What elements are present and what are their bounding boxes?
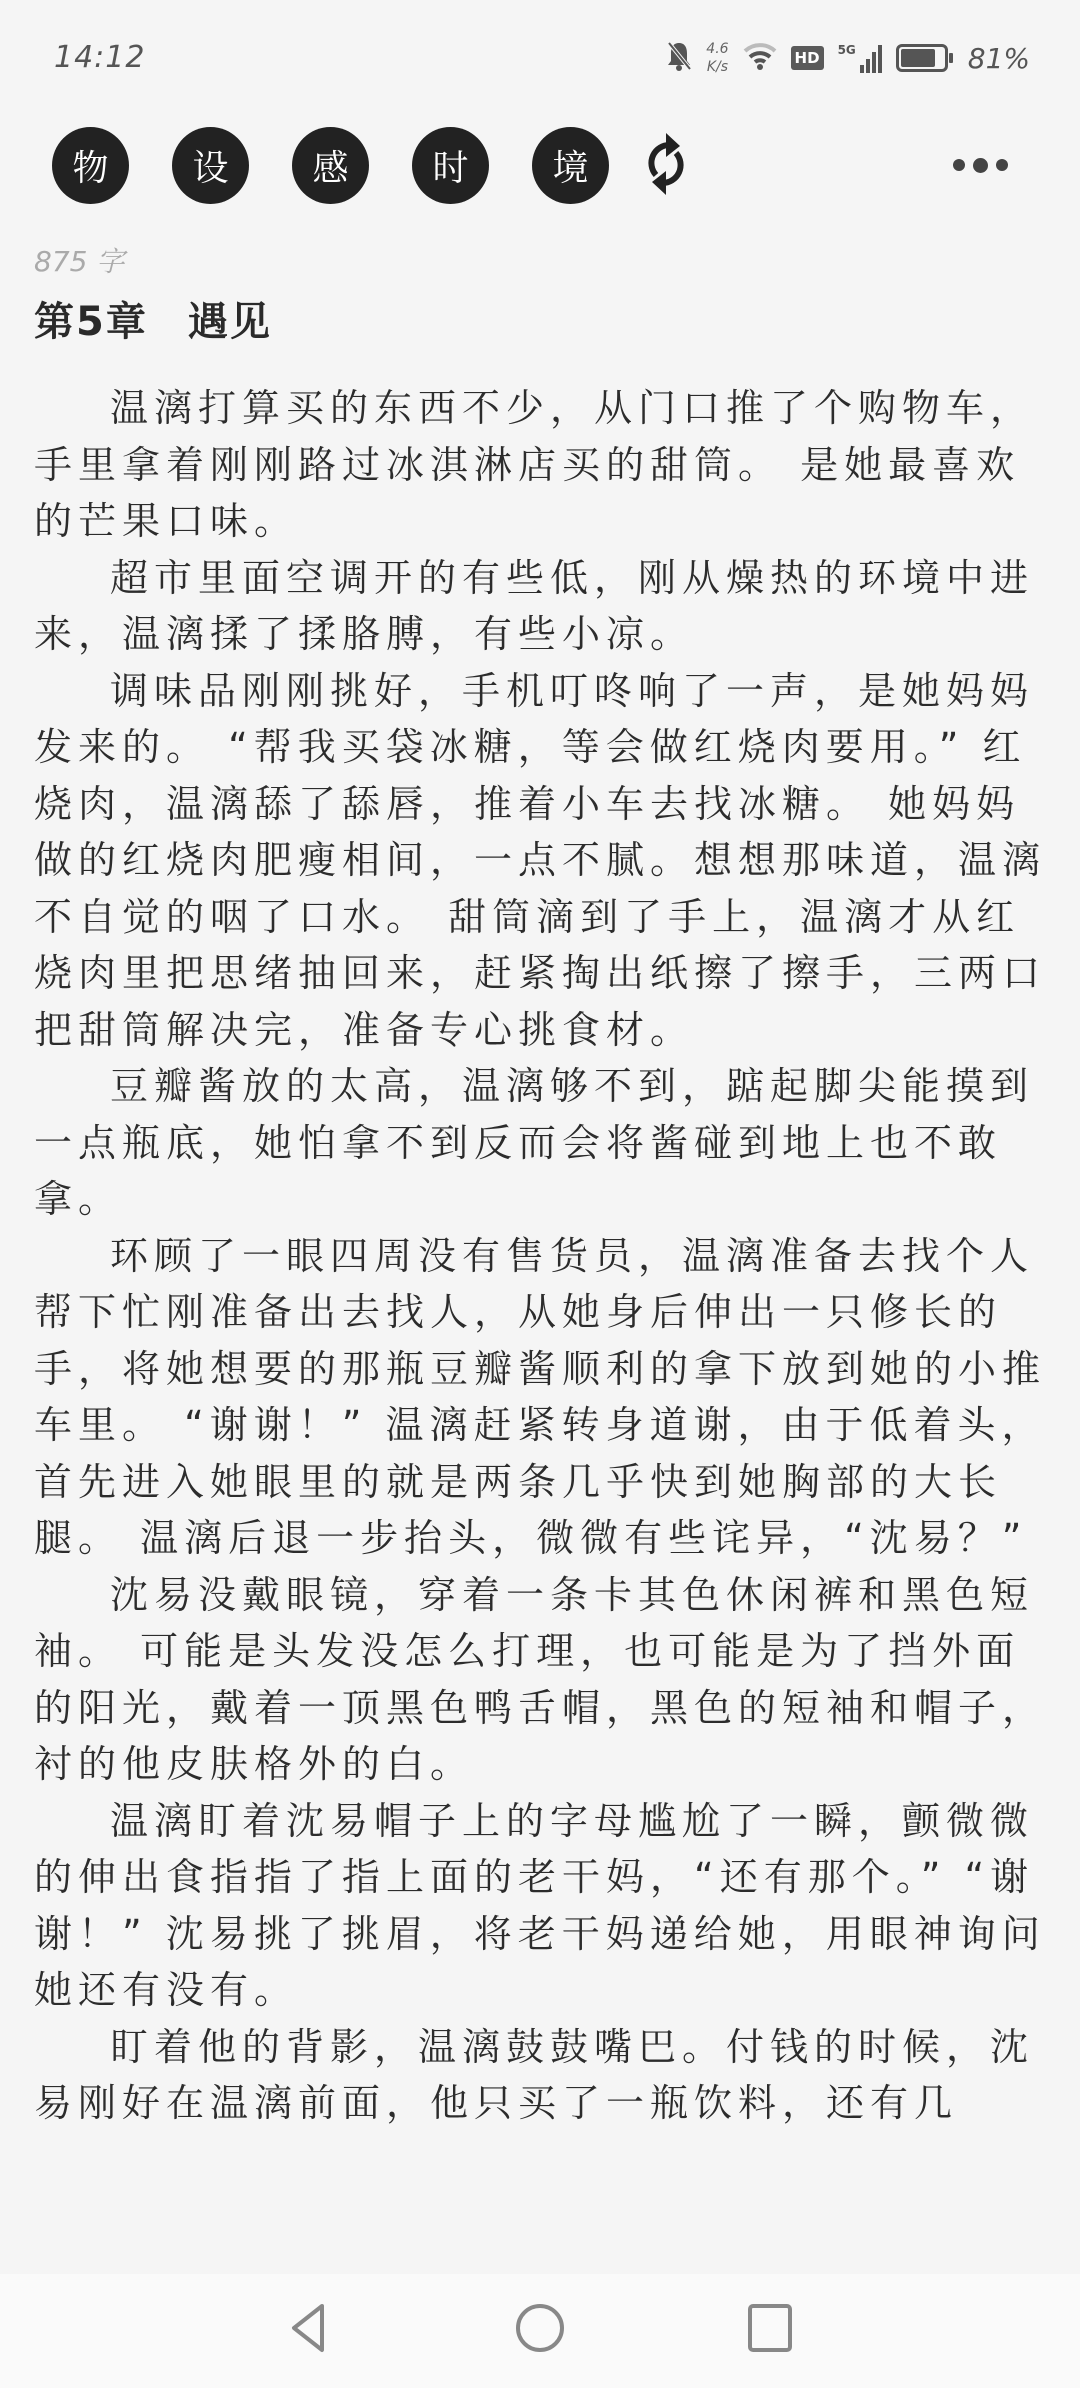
- tool-button-shi[interactable]: 时: [412, 127, 489, 204]
- net-speed-unit: K/s: [706, 58, 728, 76]
- status-bar: 14:12 4.6 K/s HD 5G: [0, 0, 1080, 110]
- battery-icon: [896, 44, 948, 72]
- system-nav-bar: [0, 2274, 1080, 2388]
- tool-button-gan[interactable]: 感: [292, 127, 369, 204]
- home-icon: [514, 2302, 566, 2358]
- wifi-icon: [743, 41, 777, 75]
- back-icon: [286, 2302, 330, 2358]
- paragraph: 超市里面空调开的有些低，刚从燥热的环境中进来，温漓揉了揉胳膊，有些小凉。: [34, 550, 1048, 663]
- chapter-title: 第5章遇见: [34, 290, 272, 347]
- hd-icon: HD: [791, 46, 824, 70]
- back-button[interactable]: [278, 2300, 338, 2360]
- network-speed: 4.6 K/s: [706, 40, 728, 76]
- tool-button-jing[interactable]: 境: [532, 127, 609, 204]
- word-count: 875 字: [34, 240, 124, 280]
- more-icon-dot: [973, 158, 988, 173]
- chapter-number: 第5章: [34, 299, 148, 345]
- net-speed-value: 4.6: [706, 40, 728, 58]
- chapter-content[interactable]: 温漓打算买的东西不少，从门口推了个购物车，手里拿着刚刚路过冰淇淋店买的甜筒。 是…: [34, 380, 1048, 2132]
- paragraph: 调味品刚刚挑好，手机叮咚响了一声，是她妈妈发来的。 “帮我买袋冰糖，等会做红烧肉…: [34, 663, 1048, 1059]
- recents-button[interactable]: [740, 2300, 800, 2360]
- network-label: 5G: [838, 43, 856, 57]
- reader-toolbar: 物 设 感 时 境: [0, 125, 1080, 205]
- battery-percent: 81%: [968, 42, 1030, 75]
- mute-icon: [666, 40, 692, 76]
- more-button[interactable]: [940, 145, 1020, 185]
- status-icons: 4.6 K/s HD 5G 81%: [666, 36, 1030, 80]
- home-button[interactable]: [510, 2300, 570, 2360]
- paragraph: 温漓打算买的东西不少，从门口推了个购物车，手里拿着刚刚路过冰淇淋店买的甜筒。 是…: [34, 380, 1048, 550]
- paragraph: 环顾了一眼四周没有售货员，温漓准备去找个人帮下忙刚准备出去找人，从她身后伸出一只…: [34, 1228, 1048, 1567]
- more-icon-dot: [996, 159, 1008, 171]
- recents-icon: [746, 2302, 794, 2358]
- refresh-button[interactable]: [636, 133, 696, 199]
- paragraph: 豆瓣酱放的太高，温漓够不到，踮起脚尖能摸到一点瓶底，她怕拿不到反而会将酱碰到地上…: [34, 1058, 1048, 1228]
- paragraph: 温漓盯着沈易帽子上的字母尴尬了一瞬，颤微微的伸出食指指了指上面的老干妈，“还有那…: [34, 1793, 1048, 2019]
- status-time: 14:12: [54, 40, 145, 75]
- paragraph: 沈易没戴眼镜，穿着一条卡其色休闲裤和黑色短袖。 可能是头发没怎么打理，也可能是为…: [34, 1567, 1048, 1793]
- more-icon: [953, 159, 965, 171]
- signal-5g-icon: 5G: [838, 43, 882, 73]
- chapter-name: 遇见: [188, 299, 272, 345]
- refresh-icon: [640, 131, 692, 201]
- tool-button-wu[interactable]: 物: [52, 127, 129, 204]
- tool-button-she[interactable]: 设: [172, 127, 249, 204]
- paragraph: 盯着他的背影，温漓鼓鼓嘴巴。付钱的时候，沈易刚好在温漓前面，他只买了一瓶饮料，还…: [34, 2019, 1048, 2132]
